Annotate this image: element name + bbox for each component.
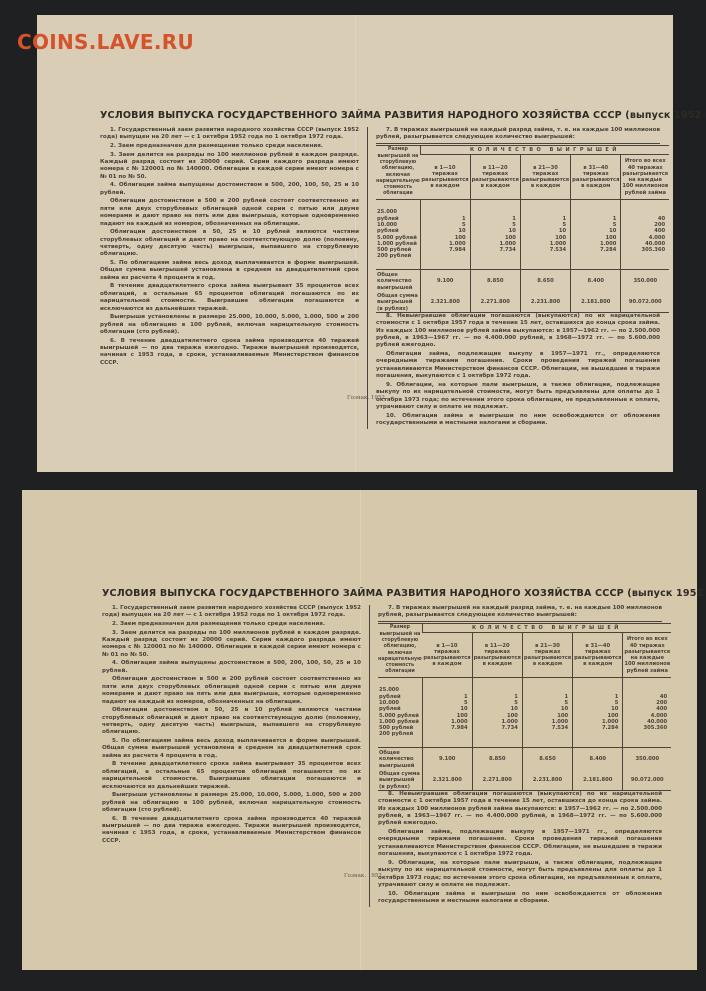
- col-header: в 21—30 тиражах разыгрываются в каждом: [522, 633, 572, 678]
- table-cell: 2.181.800: [573, 771, 623, 790]
- table-cell: 1 5 10 100 1.000 7.534: [520, 200, 570, 270]
- right-column: 7. В тиражах выигрышей на каждый разряд …: [368, 127, 660, 429]
- table-cell: 350.000: [621, 270, 669, 293]
- paragraph: 3. Заем делится на разряды по 100 миллио…: [100, 152, 359, 182]
- table-cell: 2.271.800: [470, 293, 520, 312]
- printer-mark: Гознак. 1952.: [344, 873, 384, 879]
- paragraph: 6. В течение двадцатилетнего срока займа…: [102, 816, 361, 846]
- col-header: в 1—10 тиражах разыгрываются в каждом: [420, 155, 470, 200]
- bond-text: УСЛОВИЯ ВЫПУСКА ГОСУДАРСТВЕННОГО ЗАЙМА Р…: [102, 588, 662, 907]
- table-cell: 1 5 10 100 1.000 7.984: [420, 200, 470, 270]
- paragraph: В течение двадцатилетнего срока займа вы…: [102, 761, 361, 791]
- paragraph: 10. Облигации займа и выигрыши по ним ос…: [378, 891, 662, 906]
- winnings-table: Размер выигрышей на сторублевую облигаци…: [378, 623, 671, 791]
- col-header: в 11—20 тиражах разыгрываются в каждом: [470, 155, 520, 200]
- row-label: Общее количество выигрышей: [378, 748, 422, 771]
- paragraph: 4. Облигации займа выпущены достоинством…: [100, 182, 359, 197]
- paragraph: В течение двадцатилетнего срока займа вы…: [100, 283, 359, 313]
- watermark: COINS.LAVE.RU: [17, 30, 194, 54]
- right-column: 7. В тиражах выигрышей на каждый разряд …: [370, 605, 662, 907]
- table-cell: 2.321.800: [422, 771, 472, 790]
- paragraph: Облигации займа, подлежащие выкупу в 195…: [376, 351, 660, 381]
- col-header: в 31—40 тиражах разыгрываются в каждом: [573, 633, 623, 678]
- bond-text: УСЛОВИЯ ВЫПУСКА ГОСУДАРСТВЕННОГО ЗАЙМА Р…: [100, 110, 660, 429]
- winnings-table: Размер выигрышей на сторублевую облигаци…: [376, 145, 669, 313]
- col-header: Размер выигрышей на сторублевую облигаци…: [378, 624, 422, 678]
- paragraph: Выигрыши установлены в размере 25.000, 1…: [100, 314, 359, 336]
- row-label: Общая сумма выигрышей (в рублях): [378, 771, 422, 790]
- document-title: УСЛОВИЯ ВЫПУСКА ГОСУДАРСТВЕННОГО ЗАЙМА Р…: [100, 110, 660, 121]
- table-cell: 2.231.800: [520, 293, 570, 312]
- table-cell: 1 5 10 100 1.000 7.734: [470, 200, 520, 270]
- col-header: Итого во всех 40 тиражах разыгрывается н…: [623, 633, 671, 678]
- col-header: Размер выигрышей на сторублевую облигаци…: [376, 146, 420, 200]
- paragraph: Облигации достоинством в 500 и 200 рубле…: [100, 198, 359, 228]
- table-cell: 1 5 10 100 1.000 7.284: [573, 678, 623, 748]
- left-column: 1. Государственный заем развития народно…: [100, 127, 368, 429]
- table-cell: 9.100: [420, 270, 470, 293]
- table-cell: 8.400: [571, 270, 621, 293]
- table-cell: 2.321.800: [420, 293, 470, 312]
- paragraph: 9. Облигации, на которые пали выигрыши, …: [378, 860, 662, 890]
- table-cell: 8.850: [472, 748, 522, 771]
- bond-sheet-top: УСЛОВИЯ ВЫПУСКА ГОСУДАРСТВЕННОГО ЗАЙМА Р…: [37, 15, 673, 472]
- paragraph: 5. По облигациям займа весь доход выплач…: [102, 738, 361, 760]
- row-label: Общее количество выигрышей: [376, 270, 420, 293]
- paragraph: Облигации достоинством в 50, 25 и 10 руб…: [102, 707, 361, 737]
- table-cell: 90.072.000: [623, 771, 671, 790]
- table-cell: 1 5 10 100 1.000 7.534: [522, 678, 572, 748]
- row-labels: 25.000 рублей10.000 рублей5.000 рублей1.…: [378, 678, 422, 748]
- bond-sheet-bottom: УСЛОВИЯ ВЫПУСКА ГОСУДАРСТВЕННОГО ЗАЙМА Р…: [22, 490, 697, 970]
- col-header: в 31—40 тиражах разыгрываются в каждом: [571, 155, 621, 200]
- paragraph: 2. Заем предназначен для размещения толь…: [100, 143, 359, 150]
- table-cell: 350.000: [623, 748, 671, 771]
- table-cell: 90.072.000: [621, 293, 669, 312]
- paragraph: 1. Государственный заем развития народно…: [102, 605, 361, 620]
- printer-mark: Гознак. 1952.: [347, 395, 387, 401]
- paragraph: 3. Заем делится на разряды по 100 миллио…: [102, 630, 361, 660]
- table-cell: 40 200 400 4.000 40.000 305.360: [623, 678, 671, 748]
- table-cell: 8.850: [470, 270, 520, 293]
- paragraph: 8. Невыигравшие облигации погашаются (вы…: [376, 313, 660, 350]
- col-header: в 1—10 тиражах разыгрываются в каждом: [422, 633, 472, 678]
- paragraph: Облигации займа, подлежащие выкупу в 195…: [378, 829, 662, 859]
- paragraph: 1. Государственный заем развития народно…: [100, 127, 359, 142]
- group-header: КОЛИЧЕСТВО ВЫИГРЫШЕЙ: [420, 146, 669, 155]
- paragraph: 5. По облигациям займа весь доход выплач…: [100, 260, 359, 282]
- table-cell: 2.231.800: [522, 771, 572, 790]
- paragraph: Облигации достоинством в 500 и 200 рубле…: [102, 676, 361, 706]
- table-cell: 1 5 10 100 1.000 7.284: [571, 200, 621, 270]
- paragraph: 4. Облигации займа выпущены достоинством…: [102, 660, 361, 675]
- paragraph: 9. Облигации, на которые пали выигрыши, …: [376, 382, 660, 412]
- table-cell: 2.181.800: [571, 293, 621, 312]
- table-cell: 8.650: [522, 748, 572, 771]
- col-header: Итого во всех 40 тиражах разыгрывается н…: [621, 155, 669, 200]
- row-labels: 25.000 рублей10.000 рублей5.000 рублей1.…: [376, 200, 420, 270]
- paragraph: 7. В тиражах выигрышей на каждый разряд …: [376, 127, 660, 142]
- document-title: УСЛОВИЯ ВЫПУСКА ГОСУДАРСТВЕННОГО ЗАЙМА Р…: [102, 588, 662, 599]
- paragraph: 8. Невыигравшие облигации погашаются (вы…: [378, 791, 662, 828]
- paragraph: 6. В течение двадцатилетнего срока займа…: [100, 338, 359, 368]
- col-header: в 11—20 тиражах разыгрываются в каждом: [472, 633, 522, 678]
- paragraph: 10. Облигации займа и выигрыши по ним ос…: [376, 413, 660, 428]
- table-cell: 8.400: [573, 748, 623, 771]
- table-cell: 2.271.800: [472, 771, 522, 790]
- col-header: в 21—30 тиражах разыгрываются в каждом: [520, 155, 570, 200]
- paragraph: Облигации достоинством в 50, 25 и 10 руб…: [100, 229, 359, 259]
- paragraph: 7. В тиражах выигрышей на каждый разряд …: [378, 605, 662, 620]
- paragraph: 2. Заем предназначен для размещения толь…: [102, 621, 361, 628]
- row-label: Общая сумма выигрышей (в рублях): [376, 293, 420, 312]
- table-cell: 9.100: [422, 748, 472, 771]
- table-cell: 8.650: [520, 270, 570, 293]
- table-cell: 40 200 400 4.000 40.000 305.360: [621, 200, 669, 270]
- paragraph: Выигрыши установлены в размере 25.000, 1…: [102, 792, 361, 814]
- left-column: 1. Государственный заем развития народно…: [102, 605, 370, 907]
- table-cell: 1 5 10 100 1.000 7.984: [422, 678, 472, 748]
- group-header: КОЛИЧЕСТВО ВЫИГРЫШЕЙ: [422, 624, 671, 633]
- table-cell: 1 5 10 100 1.000 7.734: [472, 678, 522, 748]
